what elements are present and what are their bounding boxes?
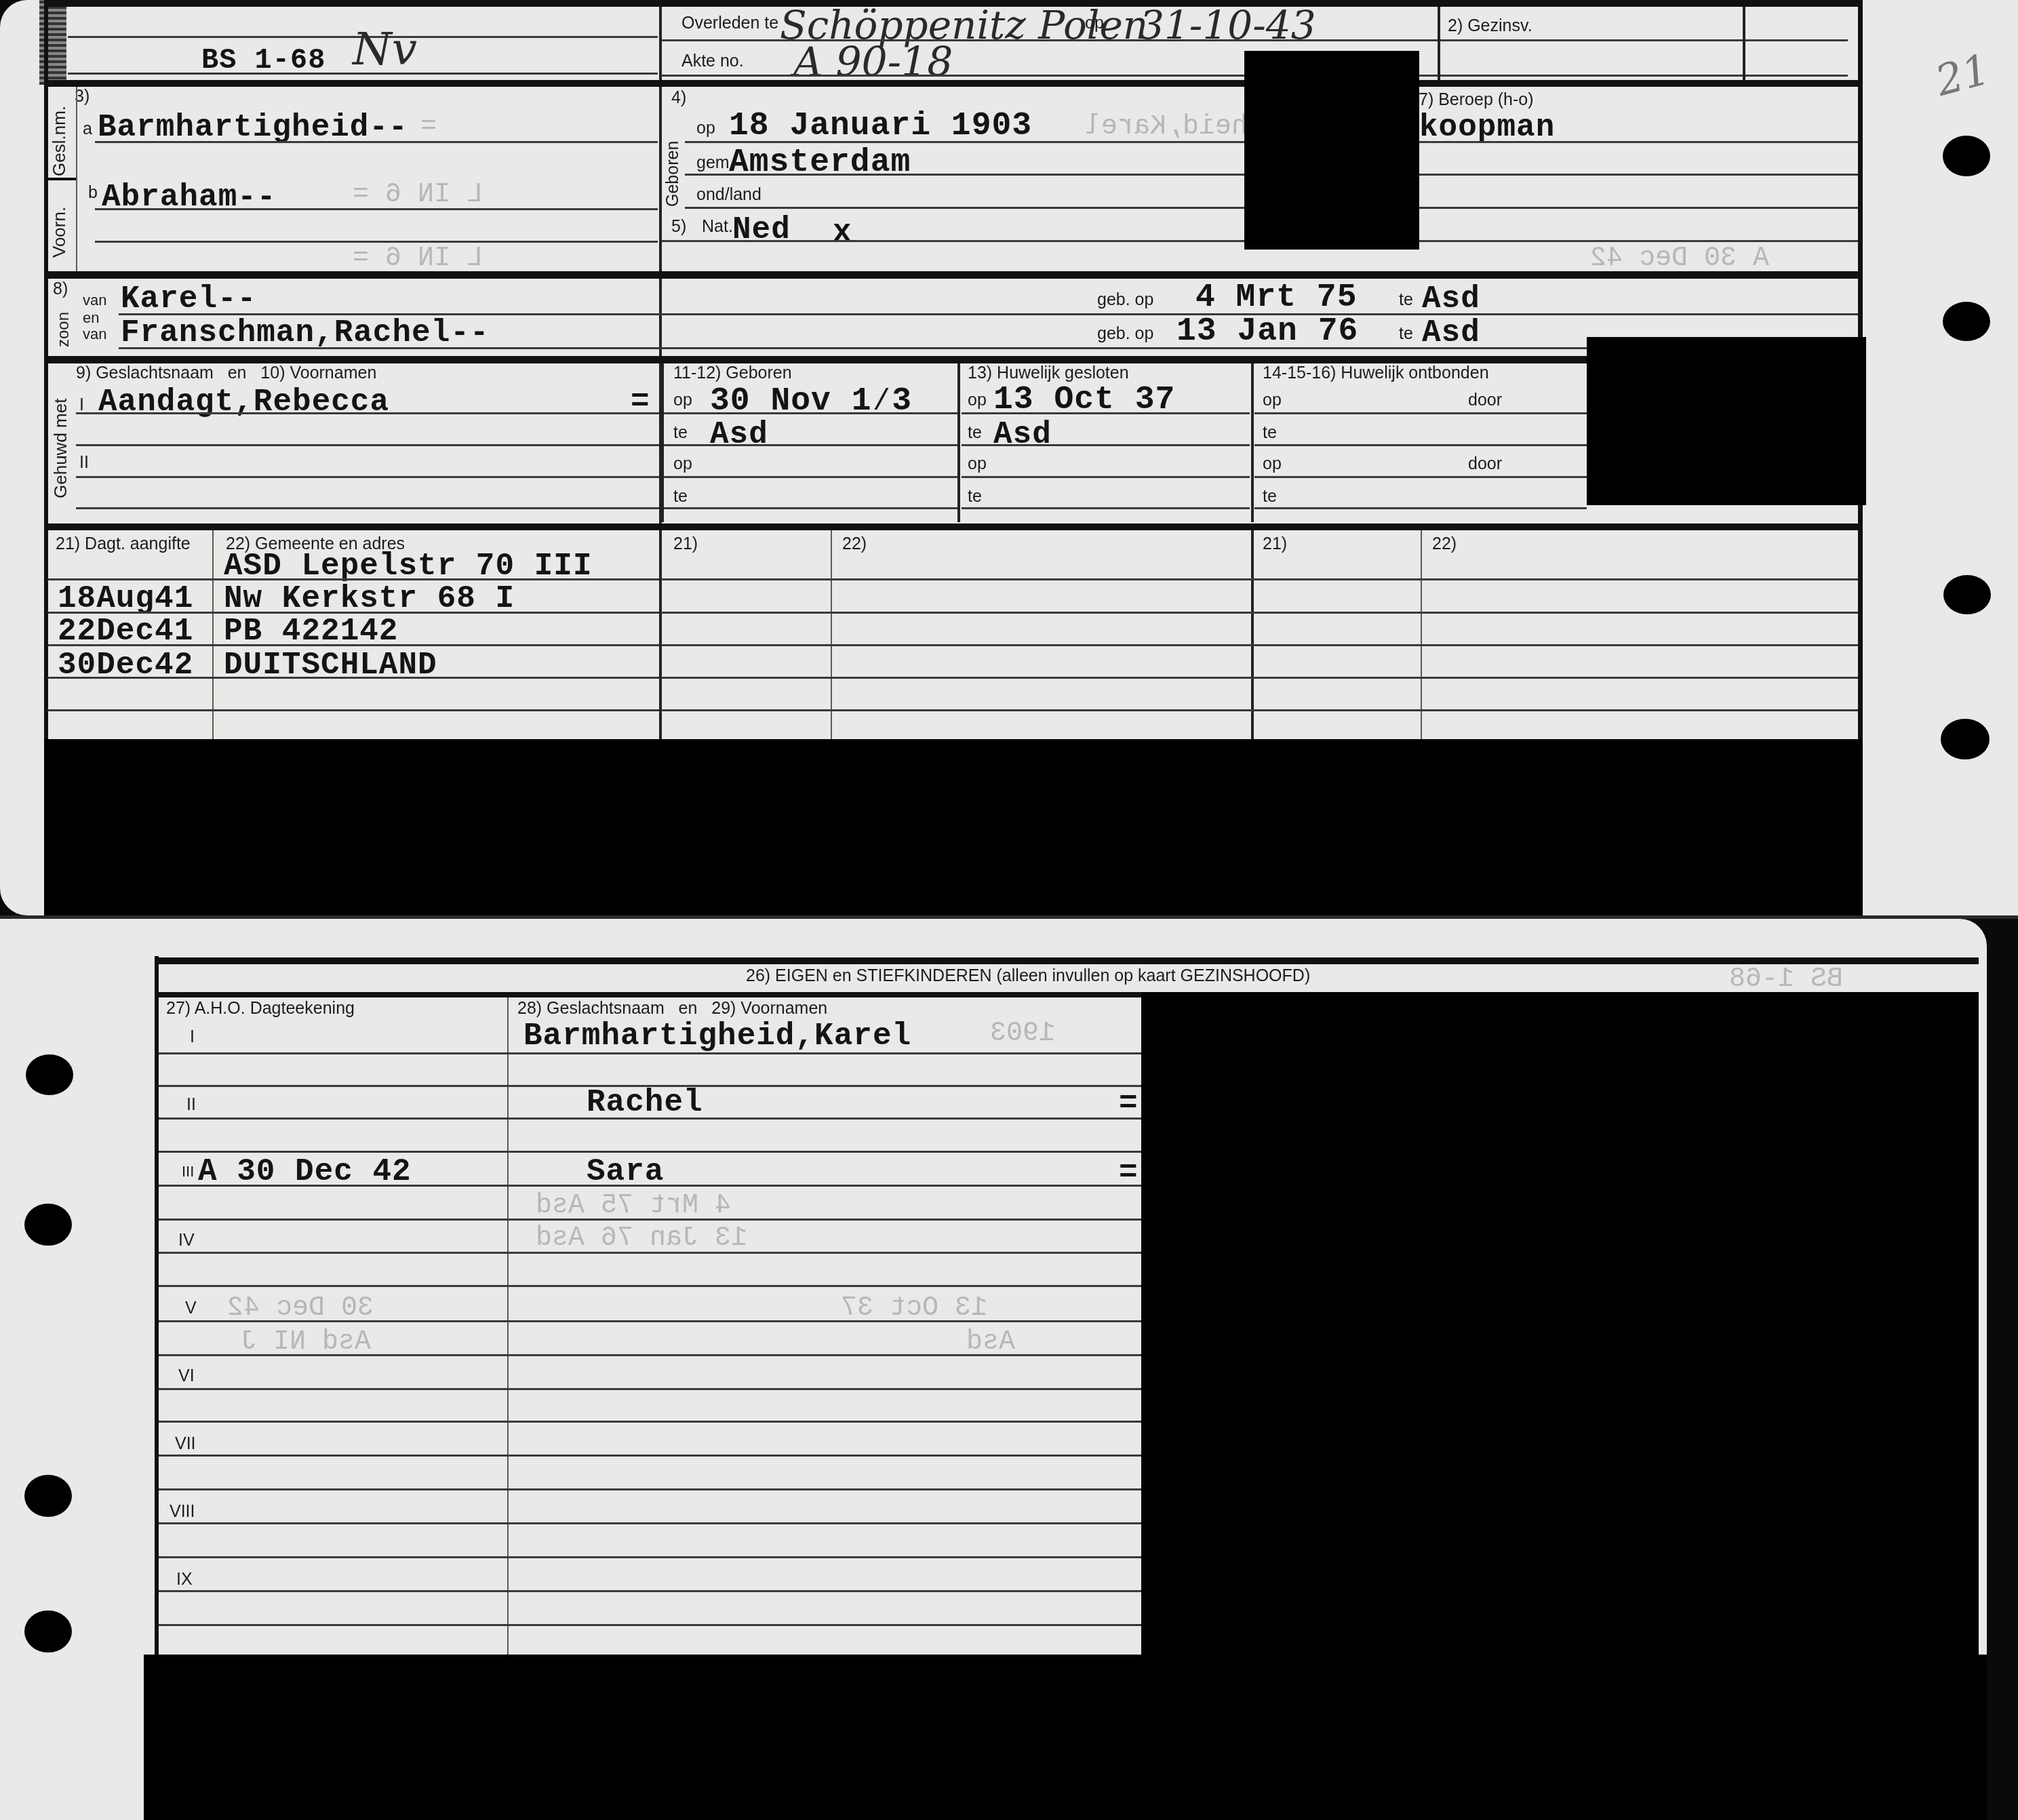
punch-hole xyxy=(24,1204,72,1246)
spouse-born-header: 11-12) Geboren xyxy=(673,365,792,382)
child-2-mark: = xyxy=(1119,1088,1139,1120)
surname-side-label: Gesl.nm. xyxy=(49,106,70,176)
address-header-3: 22) xyxy=(1432,536,1457,553)
mother-name: Franschman,Rachel-- xyxy=(121,317,490,349)
address-row-2-address: Nw Kerkstr 68 I xyxy=(224,583,515,614)
dissolved-2-te-label: te xyxy=(1263,488,1277,505)
row-numeral: VII xyxy=(175,1436,196,1452)
children-section-header: 26) EIGEN en STIEFKINDEREN (alleen invul… xyxy=(746,968,1310,985)
born-side-label: Geboren xyxy=(663,141,683,207)
spouse-name-header: 9) Geslachtsnaam en 10) Voornamen xyxy=(76,365,376,382)
dissolved-header: 14-15-16) Huwelijk ontbonden xyxy=(1263,365,1489,382)
en-label: en xyxy=(83,311,99,325)
redaction-bottom-top-card xyxy=(44,739,1863,915)
binding-strip xyxy=(39,0,66,85)
married-te-label: te xyxy=(968,424,982,441)
overleden-op-label: op xyxy=(1085,15,1104,32)
punch-hole xyxy=(1943,302,1990,341)
mother-te-label: te xyxy=(1399,325,1413,342)
card-gap xyxy=(0,915,2018,919)
punch-hole xyxy=(1941,719,1990,759)
married-op-label: op xyxy=(968,392,987,409)
row-numeral: II xyxy=(186,1096,196,1113)
mother-geb-label: geb. op xyxy=(1097,325,1153,342)
bottom-card: 26) EIGEN en STIEFKINDEREN (alleen invul… xyxy=(0,919,1987,1820)
redaction-right xyxy=(1587,337,1866,505)
section-4-number: 4) xyxy=(671,90,686,106)
spouse-1-born-te-label: te xyxy=(673,424,688,441)
dissolved-2-door-label: door xyxy=(1468,456,1502,473)
row-numeral: VI xyxy=(178,1368,195,1385)
married-date: 13 Oct 37 xyxy=(993,384,1175,416)
father-birth-place: Asd xyxy=(1422,283,1480,315)
punch-hole xyxy=(1943,136,1990,176)
occupation-label: 7) Beroep (h-o) xyxy=(1419,92,1534,108)
spouse-1-marker: I xyxy=(79,397,84,414)
ghost-text: 4 Mrt 75 Asd xyxy=(536,1193,731,1220)
address-row-3-address: PB 422142 xyxy=(224,616,398,647)
card-number-scribble: Nv xyxy=(353,27,417,72)
surname-value: Barmhartigheid-- xyxy=(98,112,408,143)
given-side-label: Voorn. xyxy=(49,207,70,258)
mother-birth-date: 13 Jan 76 xyxy=(1176,315,1358,348)
ghost-card-number: BS 1-68 xyxy=(1729,966,1843,993)
address-date-header: 21) Dagt. aangifte xyxy=(56,536,191,553)
redaction-bottom xyxy=(144,1655,1987,1820)
akte-label: Akte no. xyxy=(681,53,744,70)
married-2-op-label: op xyxy=(968,456,987,473)
ghost-text: 13 Oct 37 xyxy=(841,1295,987,1322)
dissolved-door-label: door xyxy=(1468,392,1502,409)
married-2-te-label: te xyxy=(968,488,982,505)
gezinsv-label: 2) Gezinsv. xyxy=(1448,18,1532,35)
spouse-2-marker: II xyxy=(79,454,89,471)
card-number: BS 1-68 xyxy=(201,46,325,75)
ghost-text: A 30 Dec 42 xyxy=(1590,245,1769,273)
ghost-text: Asd xyxy=(966,1329,1015,1356)
given-marker: b xyxy=(88,184,98,201)
dissolved-2-op-label: op xyxy=(1263,456,1282,473)
married-header: 13) Huwelijk gesloten xyxy=(968,365,1129,382)
ghost-text: L IN 6 = xyxy=(353,245,483,273)
father-name: Karel-- xyxy=(121,283,256,315)
ghost-text: 30 Dec 42 xyxy=(227,1295,374,1322)
punch-hole xyxy=(26,1054,73,1095)
header-divider-2 xyxy=(1438,7,1440,83)
punch-hole xyxy=(24,1610,72,1653)
occupation-value: koopman xyxy=(1419,112,1555,143)
ghost-text: Asd NI J xyxy=(241,1329,371,1356)
father-van-label: van xyxy=(83,293,106,308)
ghost-text: 13 Jan 76 Asd xyxy=(536,1225,747,1252)
mother-birth-place: Asd xyxy=(1422,317,1480,349)
son-side-label: zoon xyxy=(54,312,73,347)
spouse-2-born-op-label: op xyxy=(673,456,692,473)
row-numeral: IV xyxy=(178,1232,195,1249)
child-3-aho: A 30 Dec 42 xyxy=(198,1156,412,1187)
ghost-text: = xyxy=(420,114,437,141)
married-side-label: Gehuwd met xyxy=(50,399,71,498)
child-name-header: 28) Geslachtsnaam en 29) Voornamen xyxy=(517,1000,827,1017)
aho-header: 27) A.H.O. Dagteekening xyxy=(166,1000,355,1017)
punch-hole xyxy=(24,1475,72,1517)
child-3-name: Sara xyxy=(587,1156,664,1187)
akte-value: A 90-18 xyxy=(793,42,953,83)
row-numeral: IX xyxy=(176,1571,193,1588)
frame-left xyxy=(44,7,48,739)
address-row-2-date: 18Aug41 xyxy=(58,583,193,614)
father-te-label: te xyxy=(1399,292,1413,309)
header-divider-3 xyxy=(1743,7,1745,83)
row-numeral: III xyxy=(182,1164,194,1179)
spouse-2-born-te-label: te xyxy=(673,488,688,505)
address-header-2: 22) xyxy=(842,536,867,553)
section-5-number: 5) xyxy=(671,218,686,235)
redaction-photo xyxy=(1244,51,1419,250)
child-1-name: Barmhartigheid,Karel xyxy=(523,1021,911,1052)
father-birth-date: 4 Mrt 75 xyxy=(1195,281,1357,314)
surname-marker: a xyxy=(83,121,92,138)
birth-gem-label: gem xyxy=(696,155,730,172)
punch-hole xyxy=(1943,575,1991,614)
address-row-1-address: ASD Lepelstr 70 III xyxy=(224,551,593,582)
section-8-number: 8) xyxy=(53,281,68,298)
address-row-3-date: 22Dec41 xyxy=(58,616,193,647)
child-2-name: Rachel xyxy=(587,1087,703,1118)
dissolved-op-label: op xyxy=(1263,392,1282,409)
ghost-text: L IN 6 = xyxy=(353,182,483,209)
top-card: BS 1-68 Nv Overleden te Schöppenitz Pole… xyxy=(0,0,2018,915)
nationality-label: Nat. xyxy=(702,218,733,235)
dissolved-te-label: te xyxy=(1263,424,1277,441)
row-numeral: I xyxy=(190,1029,195,1046)
spouse-1-born-op-label: op xyxy=(673,392,692,409)
redaction-children-right xyxy=(1141,992,1979,1758)
birth-ond-label: ond/land xyxy=(696,186,761,203)
birth-date: 18 Januari 1903 xyxy=(729,110,1032,142)
nationality-mark: x xyxy=(833,217,852,248)
mother-van-label: van xyxy=(83,327,106,342)
father-geb-label: geb. op xyxy=(1097,292,1153,309)
overleden-label: Overleden te xyxy=(681,15,778,32)
row-numeral: VIII xyxy=(170,1503,195,1520)
row-numeral: V xyxy=(185,1300,197,1317)
ghost-text: 1903 xyxy=(990,1021,1055,1048)
page-mark: 21 xyxy=(1931,48,1994,102)
birth-op-label: op xyxy=(696,120,715,137)
address-date-header-2: 21) xyxy=(673,536,698,553)
address-date-header-3: 21) xyxy=(1263,536,1287,553)
